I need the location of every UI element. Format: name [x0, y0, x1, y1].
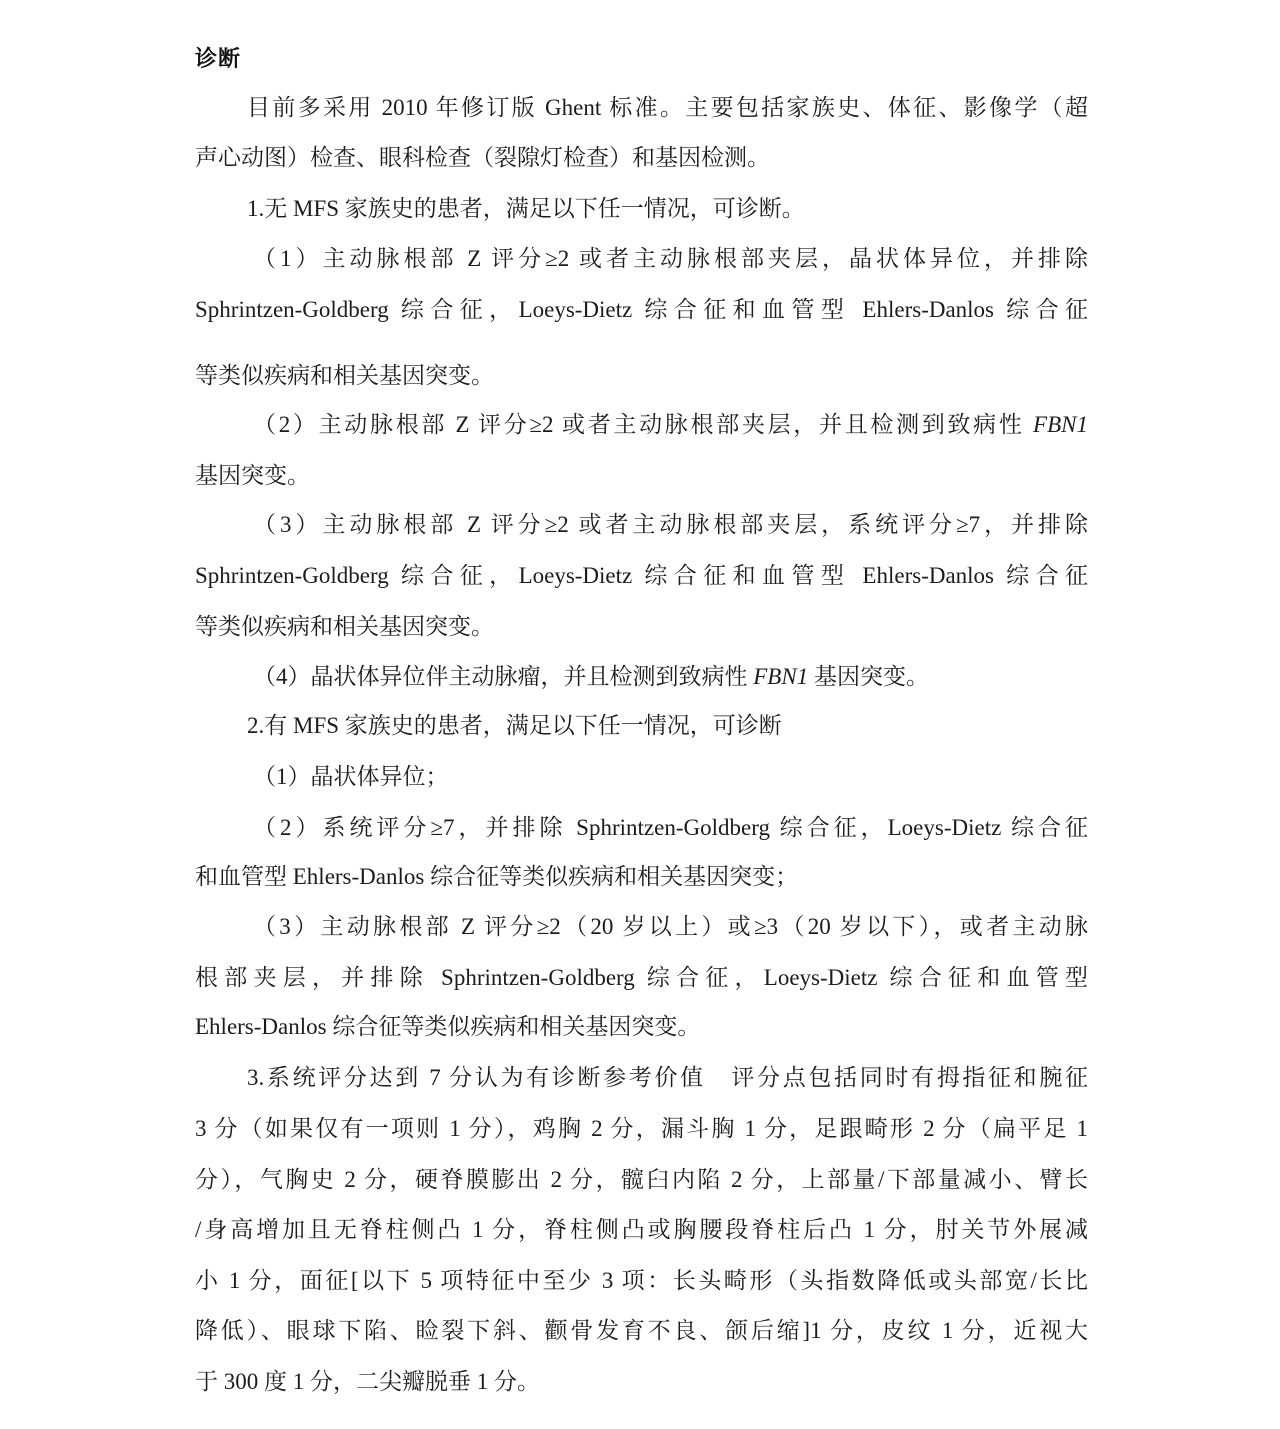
gene-name: FBN1: [1033, 412, 1088, 437]
list-item-line: Ehlers-Danlos 综合征等类似疾病和相关基因突变。: [195, 1012, 1088, 1042]
list-item-line: （2）系统评分≥7，并排除 Sphrintzen-Goldberg 综合征，Lo…: [195, 813, 1088, 843]
list-item-line: （3）主动脉根部 Z 评分≥2 或者主动脉根部夹层，系统评分≥7，并排除: [195, 510, 1088, 540]
list-item-line: （4）晶状体异位伴主动脉瘤，并且检测到致病性 FBN1 基因突变。: [195, 662, 1088, 692]
list-heading: 3.系统评分达到 7 分认为有诊断参考价值 评分点包括同时有拇指征和腕征: [195, 1063, 1088, 1093]
text-segment: （2）主动脉根部 Z 评分≥2 或者主动脉根部夹层，并且检测到致病性: [253, 412, 1033, 437]
list-item-line: 和血管型 Ehlers-Danlos 综合征等类似疾病和相关基因突变；: [195, 862, 1088, 892]
list-item-line: 等类似疾病和相关基因突变。: [195, 612, 1088, 642]
list-item-line: 根部夹层，并排除 Sphrintzen-Goldberg 综合征，Loeys-D…: [195, 963, 1088, 993]
paragraph-line: 小 1 分，面征[以下 5 项特征中至少 3 项：长头畸形（头指数降低或头部宽/…: [195, 1266, 1088, 1296]
list-item-line: Sphrintzen-Goldberg 综合征，Loeys-Dietz 综合征和…: [195, 295, 1088, 325]
paragraph-line: 分），气胸史 2 分，硬脊膜膨出 2 分，髋臼内陷 2 分，上部量/下部量减小、…: [195, 1165, 1088, 1195]
list-heading: 1.无 MFS 家族史的患者，满足以下任一情况，可诊断。: [195, 194, 1088, 224]
list-item-line: 等类似疾病和相关基因突变。: [195, 361, 1088, 391]
paragraph-line: 目前多采用 2010 年修订版 Ghent 标准。主要包括家族史、体征、影像学（…: [195, 93, 1088, 123]
list-item-line: 基因突变。: [195, 461, 1088, 491]
paragraph-line: 声心动图）检查、眼科检查（裂隙灯检查）和基因检测。: [195, 143, 1088, 173]
paragraph-line: 降低）、眼球下陷、睑裂下斜、颧骨发育不良、颌后缩]1 分，皮纹 1 分，近视大: [195, 1316, 1088, 1346]
list-item-line: （2）主动脉根部 Z 评分≥2 或者主动脉根部夹层，并且检测到致病性 FBN1: [195, 410, 1088, 440]
paragraph-line: 于 300 度 1 分，二尖瓣脱垂 1 分。: [195, 1367, 1088, 1397]
list-item-line: （1）晶状体异位；: [195, 762, 1088, 792]
paragraph-line: /身高增加且无脊柱侧凸 1 分，脊柱侧凸或胸腰段脊柱后凸 1 分，肘关节外展减: [195, 1215, 1088, 1245]
document-page: 诊断 目前多采用 2010 年修订版 Ghent 标准。主要包括家族史、体征、影…: [0, 0, 1280, 1429]
text-segment: （4）晶状体异位伴主动脉瘤，并且检测到致病性: [253, 664, 753, 689]
list-item-line: （3）主动脉根部 Z 评分≥2（20 岁以上）或≥3（20 岁以下），或者主动脉: [195, 912, 1088, 942]
section-heading: 诊断: [195, 42, 241, 73]
text-segment: 基因突变。: [808, 664, 929, 689]
gene-name: FBN1: [753, 664, 808, 689]
paragraph-line: 3 分（如果仅有一项则 1 分），鸡胸 2 分，漏斗胸 1 分，足跟畸形 2 分…: [195, 1114, 1088, 1144]
list-item-line: （1）主动脉根部 Z 评分≥2 或者主动脉根部夹层，晶状体异位，并排除: [195, 244, 1088, 274]
list-item-line: Sphrintzen-Goldberg 综合征，Loeys-Dietz 综合征和…: [195, 561, 1088, 591]
list-heading: 2.有 MFS 家族史的患者，满足以下任一情况，可诊断: [195, 711, 1088, 741]
